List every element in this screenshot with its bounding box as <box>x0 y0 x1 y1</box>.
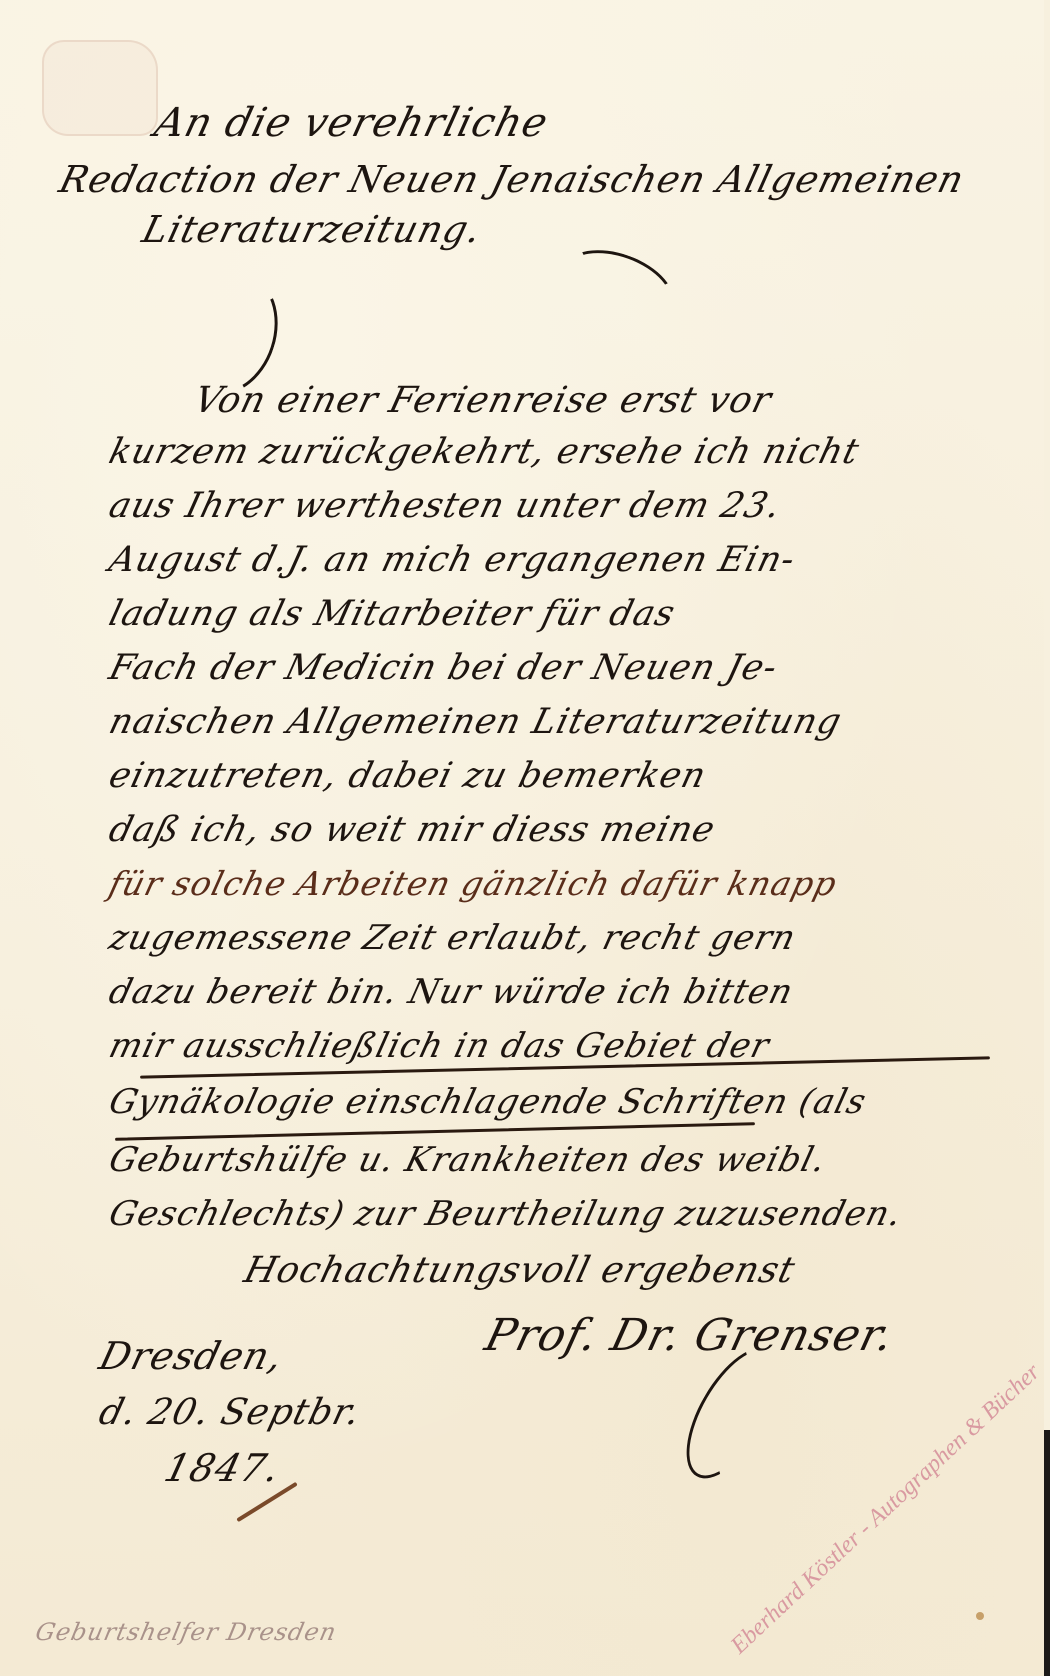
body-line-1: Von einer Ferienreise erst vor <box>190 380 776 421</box>
body-line-2: kurzem zurückgekehrt, ersehe ich nicht <box>105 432 864 472</box>
year-line: 1847. <box>160 1446 285 1490</box>
body-line-16: Geschlechts) zur Beurtheilung zuzusenden… <box>105 1194 906 1234</box>
address-line-1: An die verehrliche <box>150 100 553 146</box>
pencil-annotation: Geburtshelfer Dresden <box>33 1618 339 1646</box>
body-line-12: dazu bereit bin. Nur würde ich bitten <box>105 972 798 1012</box>
body-line-9: daß ich, so weit mir diess meine <box>105 810 720 850</box>
body-line-6: Fach der Medicin bei der Neuen Je- <box>105 648 782 688</box>
scan-edge <box>1044 1430 1050 1676</box>
embossed-stamp <box>42 40 158 136</box>
body-line-10: für solche Arbeiten gänzlich dafür knapp <box>105 864 841 903</box>
body-line-7: naischen Allgemeinen Literaturzeitung <box>105 702 846 742</box>
closing-line: Hochachtungsvoll ergebenst <box>240 1250 800 1291</box>
body-line-3: aus Ihrer werthesten unter dem 23. <box>105 486 785 526</box>
body-line-15: Geburtshülfe u. Krankheiten des weibl. <box>105 1140 830 1180</box>
place-line: Dresden, <box>95 1334 288 1378</box>
signature: Prof. Dr. Grenser. <box>480 1310 899 1361</box>
paper-stain <box>976 1612 984 1620</box>
body-line-5: ladung als Mitarbeiter für das <box>105 594 679 634</box>
body-line-14: Gynäkologie einschlagende Schriften (als <box>105 1082 871 1122</box>
date-line: d. 20. Septbr. <box>95 1392 365 1433</box>
body-line-8: einzutreten, dabei zu bemerken <box>105 756 711 796</box>
body-line-11: zugemessene Zeit erlaubt, recht gern <box>105 918 800 958</box>
body-line-13: mir ausschließlich in das Gebiet der <box>105 1026 774 1066</box>
body-line-4: August d.J. an mich ergangenen Ein- <box>105 540 800 580</box>
address-line-3: Literaturzeitung. <box>138 208 486 251</box>
address-line-2: Redaction der Neuen Jenaischen Allgemein… <box>55 158 969 201</box>
